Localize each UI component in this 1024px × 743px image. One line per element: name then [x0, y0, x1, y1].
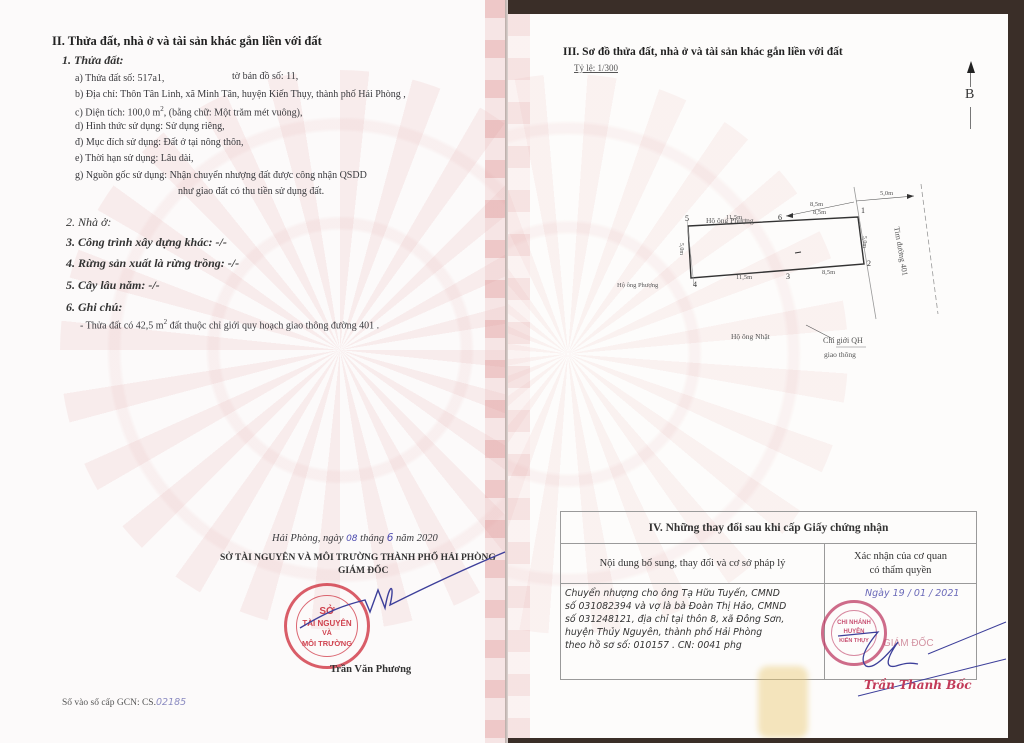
other-construction: 3. Công trình xây dựng khác: -/- [66, 235, 227, 250]
usage-origin: g) Nguồn gốc sử dụng: Nhận chuyển nhượng… [75, 170, 367, 181]
parcel-address: b) Địa chỉ: Thôn Tân Linh, xã Minh Tân, … [75, 89, 406, 100]
neighbor-bottom: Hộ ông Nhật [731, 332, 770, 341]
confirm-signer-name: Trần Thanh Bốc [864, 678, 972, 692]
boundary-label: Chỉ giới QH [823, 336, 863, 345]
section-title-ii: II. Thửa đất, nhà ở và tài sản khác gắn … [52, 34, 322, 49]
usage-origin-cont: như giao đất có thu tiền sử dụng đất. [178, 186, 324, 197]
usage-term: e) Thời hạn sử dụng: Lâu dài, [75, 153, 194, 164]
changes-table-title: IV. Những thay đổi sau khi cấp Giấy chứn… [561, 512, 977, 544]
right-page: III. Sơ đồ thửa đất, nhà ở và tài sản kh… [508, 14, 1008, 738]
signature-scribble [290, 550, 508, 640]
signer-name: Trần Văn Phương [330, 664, 411, 675]
neighbor-left: Hộ ông Phượng [617, 282, 658, 289]
confirm-date: Ngày 19 / 01 / 2021 [865, 588, 959, 599]
map-sheet-number: tờ bản đồ số: 11, [232, 71, 298, 82]
section-title-iii: III. Sơ đồ thửa đất, nhà ở và tài sản kh… [563, 46, 843, 58]
left-page: II. Thửa đất, nhà ở và tài sản khác gắn … [0, 0, 508, 743]
usage-purpose: đ) Mục đích sử dụng: Đất ở tại nông thôn… [75, 137, 243, 148]
parcel-number: a) Thửa đất số: 517a1, [75, 73, 164, 84]
registry-number: Số vào sổ cấp GCN: CS.02185 [62, 697, 186, 708]
perennial-trees: 5. Cây lâu năm: -/- [66, 278, 160, 293]
map-scale: Tỷ lệ: 1/300 [574, 63, 618, 73]
col-header-confirm: Xác nhận của cơ quancó thẩm quyền [825, 544, 977, 584]
usage-form: d) Hình thức sử dụng: Sử dụng riêng, [75, 121, 225, 132]
page-spine-pattern [508, 14, 530, 738]
col-header-content: Nội dung bổ sung, thay đổi và cơ sở pháp… [561, 544, 825, 584]
house-heading: 2. Nhà ở: [66, 215, 111, 230]
parcel-sketch: Hộ ông Phượng Hộ ông Phượng Hộ ông Nhật … [608, 184, 948, 374]
note-text: - Thửa đất có 42,5 m2 đất thuộc chỉ giới… [80, 318, 379, 331]
production-forest: 4. Rừng sản xuất là rừng trồng: -/- [66, 256, 239, 271]
notes-heading: 6. Ghi chú: [66, 300, 122, 315]
paper-stain [758, 666, 808, 738]
parcel-heading: 1. Thửa đất: [62, 53, 124, 68]
north-arrow-icon: B [964, 61, 978, 131]
issue-date: Hải Phòng, ngày 08 tháng 6 năm 2020 [272, 532, 438, 544]
parcel-area: c) Diện tích: 100,0 m2, (bằng chữ: Một t… [75, 105, 303, 118]
boundary-label-cont: giao thông [824, 350, 856, 359]
